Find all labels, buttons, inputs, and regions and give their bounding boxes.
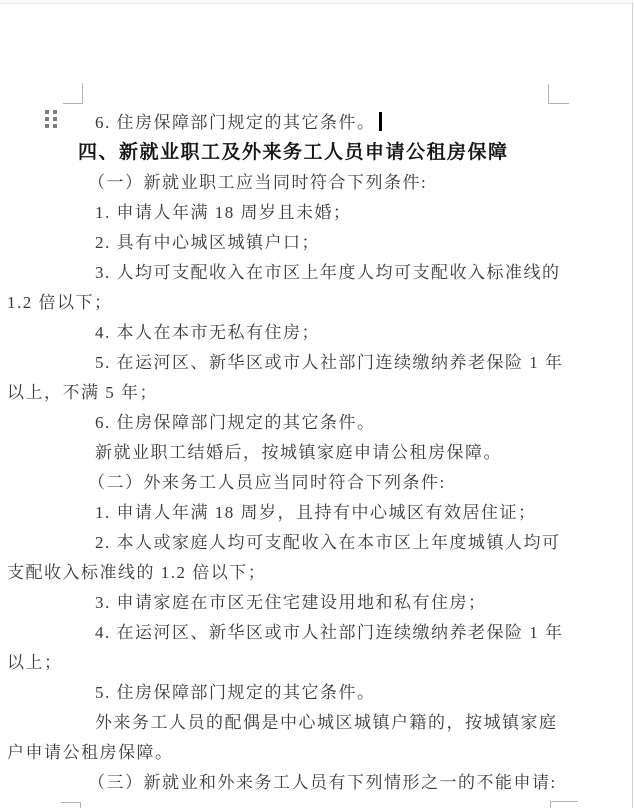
text-line[interactable]: 1. 申请人年满 18 周岁且未婚； bbox=[0, 198, 634, 228]
text-boundary-mark-top-left bbox=[63, 83, 83, 104]
text-line[interactable]: （三）新就业和外来务工人员有下列情形之一的不能申请: bbox=[0, 768, 634, 798]
text-line[interactable]: （二）外来务工人员应当同时符合下列条件: bbox=[0, 468, 634, 498]
text-line[interactable]: 6. 住房保障部门规定的其它条件。 bbox=[0, 408, 634, 438]
text-boundary-mark-bottom-left bbox=[61, 802, 81, 808]
text-line[interactable]: 2. 本人或家庭人均可支配收入在本市区上年度城镇人均可 bbox=[0, 528, 634, 558]
text-line[interactable]: 5. 在运河区、新华区或市人社部门连续缴纳养老保险 1 年 bbox=[0, 348, 634, 378]
text-line[interactable]: 以上； bbox=[0, 648, 634, 678]
text-line[interactable]: 1. 申请人年满 18 周岁，且持有中心城区有效居住证； bbox=[0, 498, 634, 528]
text-line[interactable]: 3. 申请家庭在市区无住宅建设用地和私有住房； bbox=[0, 588, 634, 618]
document-heading[interactable]: 四、新就业职工及外来务工人员申请公租房保障 bbox=[0, 138, 634, 168]
text-cursor bbox=[379, 112, 382, 131]
text-line[interactable]: 以上，不满 5 年； bbox=[0, 378, 634, 408]
text-boundary-mark-bottom-right bbox=[550, 801, 578, 808]
text-line[interactable]: 支配收入标准线的 1.2 倍以下； bbox=[0, 558, 634, 588]
text-line[interactable]: 4. 本人在本市无私有住房； bbox=[0, 318, 634, 348]
text-boundary-mark-top-right bbox=[548, 84, 569, 104]
text-line[interactable]: 2. 具有中心城区城镇户口； bbox=[0, 228, 634, 258]
text-line[interactable]: （一）新就业职工应当同时符合下列条件: bbox=[0, 168, 634, 198]
document-lines[interactable]: 6. 住房保障部门规定的其它条件。四、新就业职工及外来务工人员申请公租房保障（一… bbox=[0, 108, 634, 798]
text-line[interactable]: 户申请公租房保障。 bbox=[0, 738, 634, 768]
text-line[interactable]: 6. 住房保障部门规定的其它条件。 bbox=[0, 108, 634, 138]
text-line[interactable]: 5. 住房保障部门规定的其它条件。 bbox=[0, 678, 634, 708]
page-top-edge bbox=[0, 0, 634, 4]
text-line[interactable]: 新就业职工结婚后，按城镇家庭申请公租房保障。 bbox=[0, 438, 634, 468]
document-page: 6. 住房保障部门规定的其它条件。四、新就业职工及外来务工人员申请公租房保障（一… bbox=[0, 0, 634, 808]
text-line[interactable]: 4. 在运河区、新华区或市人社部门连续缴纳养老保险 1 年 bbox=[0, 618, 634, 648]
text-line[interactable]: 外来务工人员的配偶是中心城区城镇户籍的，按城镇家庭 bbox=[0, 708, 634, 738]
text-line[interactable]: 3. 人均可支配收入在市区上年度人均可支配收入标准线的 bbox=[0, 258, 634, 288]
text-line[interactable]: 1.2 倍以下； bbox=[0, 288, 634, 318]
